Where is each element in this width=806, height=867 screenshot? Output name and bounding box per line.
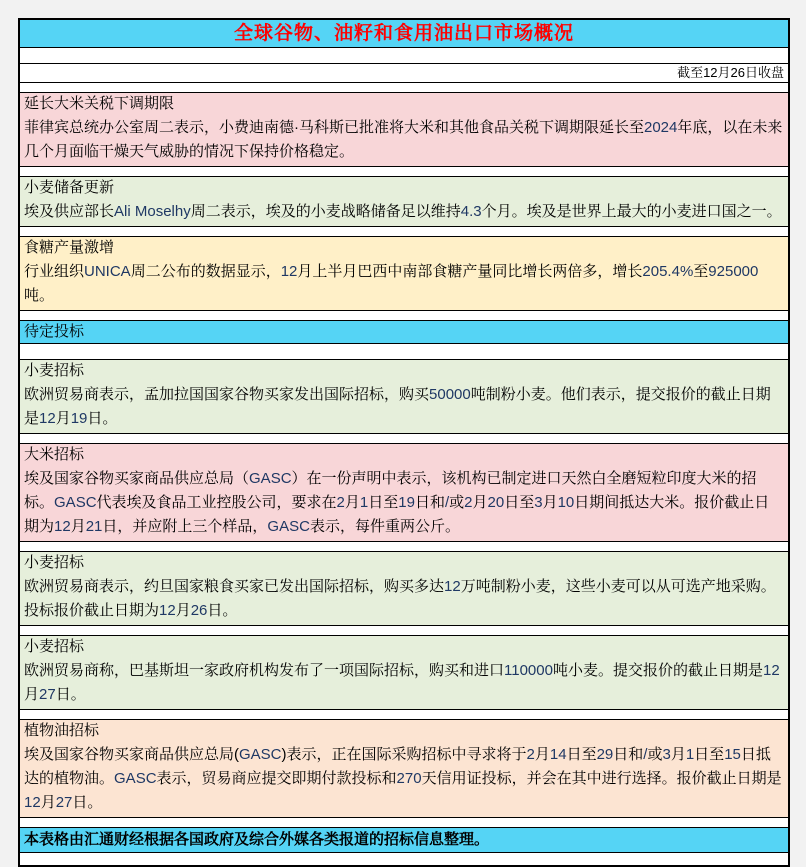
sections-container: 延长大米关税下调期限 菲律宾总统办公室周二表示，小费迪南德·马科斯已批准将大米和… (20, 83, 788, 825)
section-body: 埃及国家谷物买家商品供应总局（GASC）在一份声明中表示，该机构已制定进口天然白… (19, 466, 789, 542)
empty-row (19, 47, 789, 64)
news-section: 延长大米关税下调期限 菲律宾总统办公室周二表示，小费迪南德·马科斯已批准将大米和… (20, 92, 788, 167)
section-header: 小麦招标 (19, 551, 789, 575)
section-body: 埃及国家谷物买家商品供应总局(GASC)表示，正在国际采购招标中寻求将于2月14… (19, 742, 789, 818)
section-header: 食糖产量激增 (19, 236, 789, 260)
market-overview-table: 全球谷物、油籽和食用油出口市场概况 截至12月26日收盘 延长大米关税下调期限 … (18, 18, 790, 825)
section-header: 植物油招标 (19, 719, 789, 743)
news-section: 小麦招标 欧洲贸易商表示，孟加拉国国家谷物买家发出国际招标，购买50000吨制粉… (20, 359, 788, 434)
section-header: 小麦招标 (19, 635, 789, 659)
news-section: 小麦储备更新 埃及供应部长Ali Moselhy周二表示，埃及的小麦战略储备足以… (20, 176, 788, 227)
news-section: 植物油招标 埃及国家谷物买家商品供应总局(GASC)表示，正在国际采购招标中寻求… (20, 719, 788, 818)
section-body: 欧洲贸易商称，巴基斯坦一家政府机构发布了一项国际招标，购买和进口110000吨小… (19, 658, 789, 710)
table-title: 全球谷物、油籽和食用油出口市场概况 (19, 19, 789, 48)
section-header: 延长大米关税下调期限 (19, 92, 789, 116)
section-header: 小麦储备更新 (19, 176, 789, 200)
section-header: 小麦招标 (19, 359, 789, 383)
news-section: 小麦招标 欧洲贸易商表示，约旦国家粮食买家已发出国际招标，购买多达12万吨制粉小… (20, 551, 788, 626)
news-section: 小麦招标 欧洲贸易商称，巴基斯坦一家政府机构发布了一项国际招标，购买和进口110… (20, 635, 788, 710)
section-body: 埃及供应部长Ali Moselhy周二表示，埃及的小麦战略储备足以维持4.3个月… (19, 199, 789, 227)
section-body: 欧洲贸易商表示，孟加拉国国家谷物买家发出国际招标，购买50000吨制粉小麦。他们… (19, 382, 789, 434)
section-header: 大米招标 (19, 443, 789, 467)
news-section: 待定投标 (20, 320, 788, 344)
section-body: 行业组织UNICA周二公布的数据显示，12月上半月巴西中南部食糖产量同比增长两倍… (19, 259, 789, 311)
section-body: 欧洲贸易商表示，约旦国家粮食买家已发出国际招标，购买多达12万吨制粉小麦，这些小… (19, 574, 789, 626)
as-of-date: 截至12月26日收盘 (19, 63, 789, 83)
news-section: 大米招标 埃及国家谷物买家商品供应总局（GASC）在一份声明中表示，该机构已制定… (20, 443, 788, 542)
section-body: 菲律宾总统办公室周二表示，小费迪南德·马科斯已批准将大米和其他食品关税下调期限延… (19, 115, 789, 167)
news-section: 食糖产量激增 行业组织UNICA周二公布的数据显示，12月上半月巴西中南部食糖产… (20, 236, 788, 311)
section-header: 待定投标 (19, 320, 789, 344)
